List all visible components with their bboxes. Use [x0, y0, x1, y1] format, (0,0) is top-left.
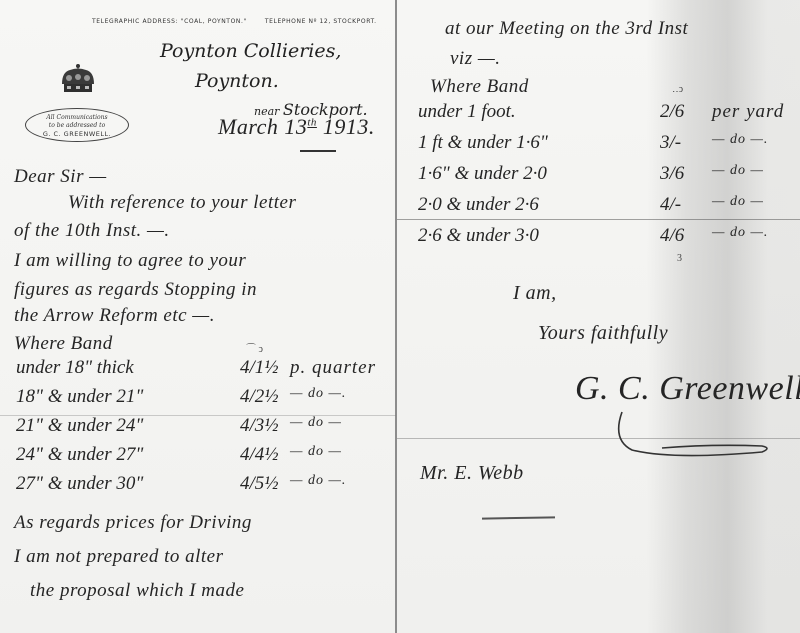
signature-flourish: [612, 410, 772, 460]
footnote-mark: 3: [677, 253, 682, 264]
rate-price: 4/-: [660, 194, 681, 216]
rate-unit: — do —: [712, 194, 764, 210]
signature: G. C. Greenwell: [575, 370, 800, 408]
rate-price: 2/6: [660, 101, 684, 123]
rate-unit: per yard: [712, 101, 784, 123]
rate-unit: — do —: [712, 163, 764, 179]
rate-unit: — do —.: [290, 473, 346, 489]
rate-price: 3/6: [660, 163, 684, 185]
closing-line: As regards prices for Driving: [14, 512, 252, 534]
margin-mark: ‥ͻ: [672, 84, 683, 95]
rate-range: 1 ft & under 1·6": [418, 132, 548, 154]
table-heading: Where Band: [430, 76, 529, 98]
margin-mark: ⌒ ͻ: [246, 340, 263, 355]
closing-line: the proposal which I made: [30, 580, 244, 602]
rate-price: 4/6: [660, 225, 684, 247]
letterhead-contact: Telegraphic Address: "Coal, Poynton."Tel…: [92, 18, 352, 25]
rate-range: under 1 foot.: [418, 101, 516, 123]
fold-crease: [397, 219, 800, 220]
table-heading: Where Band: [14, 333, 113, 355]
continuation-line: viz —.: [450, 48, 501, 70]
crown-icon: [58, 62, 98, 94]
date-underline: [300, 150, 336, 152]
rate-range: under 18" thick: [16, 357, 134, 379]
body-line: the Arrow Reform etc —.: [14, 305, 215, 327]
rate-unit: — do —.: [712, 132, 768, 148]
body-line: I am willing to agree to your: [14, 250, 246, 272]
salutation: Dear Sir —: [14, 166, 107, 188]
recipient: Mr. E. Webb: [420, 462, 524, 485]
body-line: figures as regards Stopping in: [14, 279, 257, 301]
closing: I am,: [513, 282, 557, 305]
closing-line: I am not prepared to alter: [14, 546, 224, 568]
rate-price: 4/1½: [240, 357, 279, 379]
continuation-line: at our Meeting on the 3rd Inst: [445, 18, 688, 40]
rate-range: 18" & under 21": [16, 386, 143, 408]
rate-range: 24" & under 27": [16, 444, 143, 466]
rate-unit: — do —.: [290, 386, 346, 402]
telephone-number: Telephone Nº 12, Stockport.: [265, 18, 377, 25]
rate-range: 2·6 & under 3·0: [418, 225, 539, 247]
rate-unit: p. quarter: [290, 357, 376, 379]
body-line: With reference to your letter: [68, 192, 296, 214]
valediction: Yours faithfully: [538, 322, 668, 345]
company-name: Poynton Collieries,: [160, 40, 341, 62]
telegraphic-address: Telegraphic Address: "Coal, Poynton.": [92, 18, 247, 25]
town-name: Poynton.: [195, 70, 279, 92]
rate-unit: — do —.: [712, 225, 768, 241]
rate-range: 2·0 & under 2·6: [418, 194, 539, 216]
rate-price: 3/-: [660, 132, 681, 154]
rate-range: 1·6" & under 2·0: [418, 163, 547, 185]
rate-range: 21" & under 24": [16, 415, 143, 437]
communications-stamp: All Communications to be addressed to G.…: [25, 108, 129, 142]
body-line: of the 10th Inst. —.: [14, 220, 170, 242]
rate-price: 4/5½: [240, 473, 279, 495]
rate-price: 4/2½: [240, 386, 279, 408]
rate-price: 4/3½: [240, 415, 279, 437]
page-fold: [395, 0, 397, 633]
rate-range: 27" & under 30": [16, 473, 143, 495]
letter-date: March 13th 1913.: [218, 114, 375, 140]
rate-unit: — do —: [290, 444, 342, 460]
rate-unit: — do —: [290, 415, 342, 431]
rate-price: 4/4½: [240, 444, 279, 466]
